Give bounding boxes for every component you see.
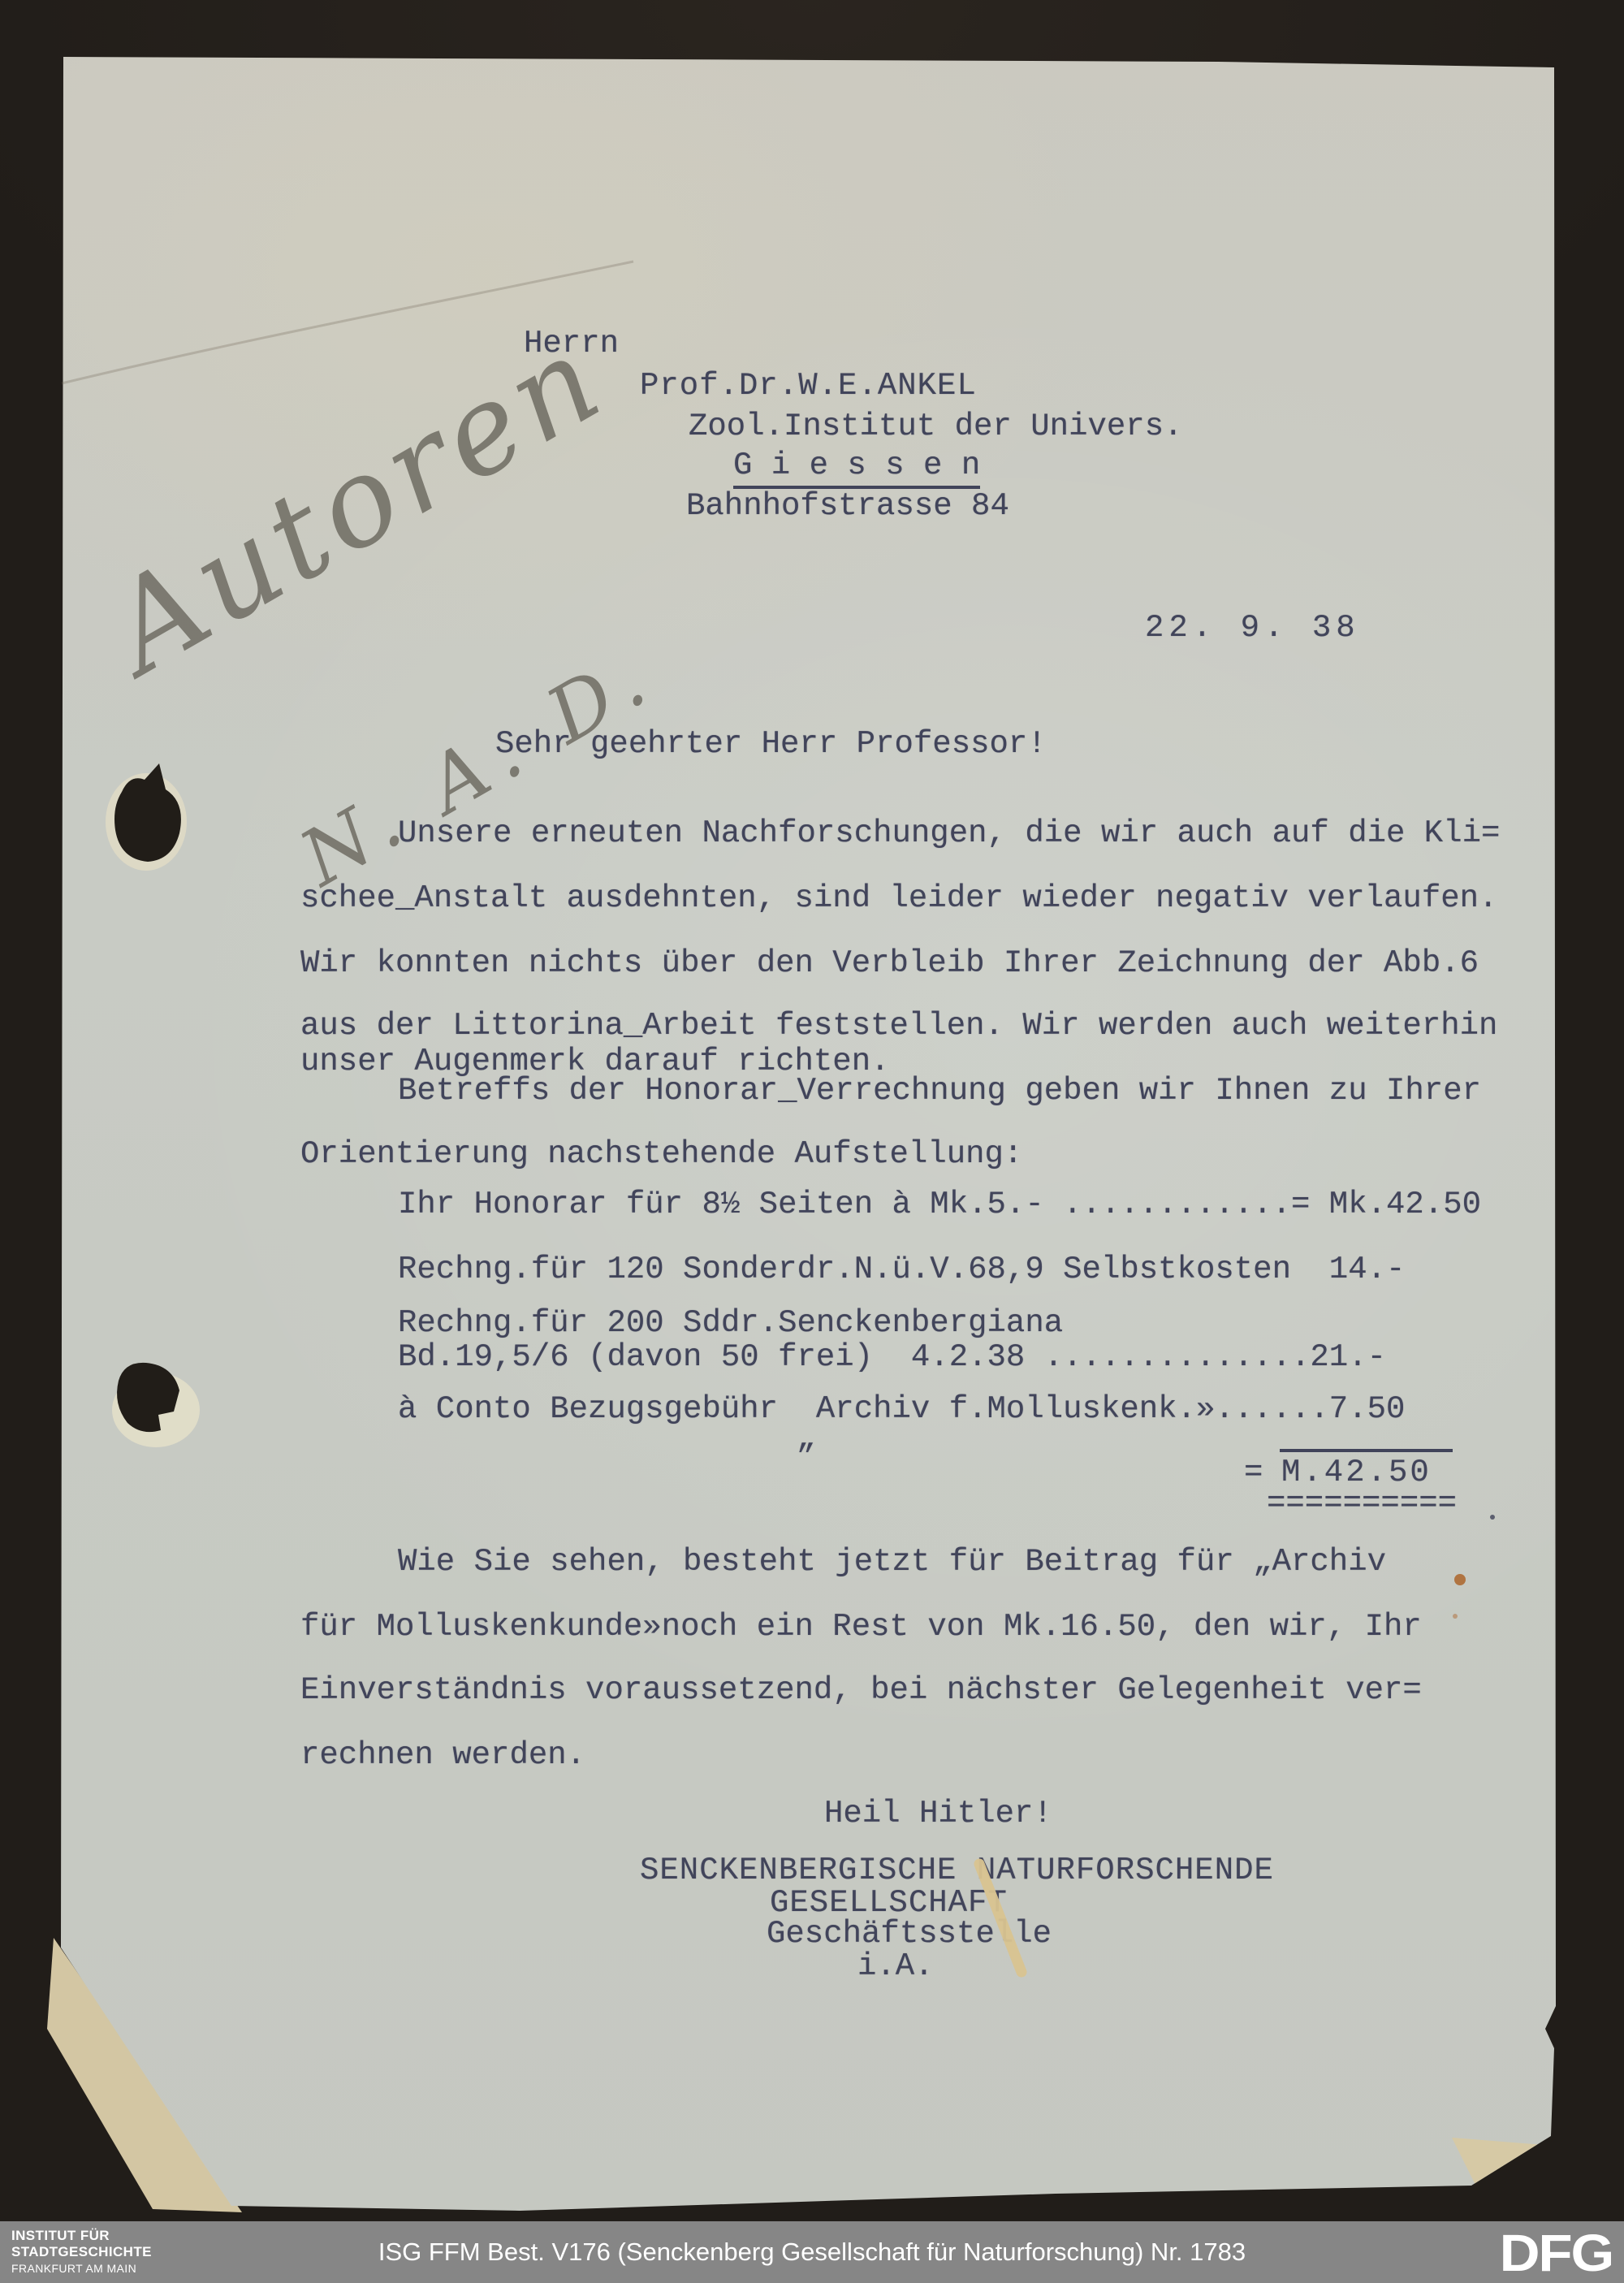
- recipient-street: Bahnhofstrasse 84: [686, 487, 1009, 525]
- body-line: aus der Littorina_Arbeit feststellen. Wi…: [300, 1007, 1497, 1044]
- recipient-city: G i e s s e n: [733, 447, 980, 489]
- body-line: Orientierung nachstehende Aufstellung:: [300, 1135, 1022, 1173]
- recipient-line-2: Prof.Dr.W.E.ANKEL: [640, 367, 977, 404]
- table-row: à Conto Bezugsgebühr Archiv f.Molluskenk…: [398, 1390, 1405, 1428]
- body-line: für Molluskenkunde»noch ein Rest von Mk.…: [300, 1608, 1422, 1645]
- letter-paper: Herrn Prof.Dr.W.E.ANKEL Zool.Institut de…: [0, 0, 1624, 2283]
- handwritten-annotation-initials: N. A. D.: [287, 631, 670, 904]
- body-line: Betreffs der Honorar_Verrechnung geben w…: [398, 1072, 1481, 1109]
- body-line: Wie Sie sehen, besteht jetzt für Beitrag…: [398, 1543, 1386, 1580]
- low-quote-mark: „: [797, 1420, 815, 1457]
- body-line: Einverständnis voraussetzend, bei nächst…: [300, 1671, 1422, 1709]
- signature-ia: i.A.: [857, 1948, 934, 1985]
- photo-backdrop: Herrn Prof.Dr.W.E.ANKEL Zool.Institut de…: [0, 0, 1624, 2283]
- body-line: rechnen werden.: [300, 1736, 585, 1774]
- sum-equals: =: [1244, 1454, 1263, 1491]
- letter-date: 22. 9. 38: [1145, 609, 1360, 646]
- body-line: Wir konnten nichts über den Verbleib Ihr…: [300, 945, 1479, 982]
- body-line: schee_Anstalt ausdehnten, sind leider wi…: [300, 880, 1497, 917]
- recipient-line-3: Zool.Institut der Univers.: [689, 408, 1183, 445]
- closing-formula: Heil Hitler!: [824, 1795, 1052, 1832]
- sum-double-rule: ==========: [1267, 1485, 1457, 1522]
- table-row: Ihr Honorar für 8½ Seiten à Mk.5.- .....…: [398, 1186, 1481, 1223]
- handwritten-annotation-word: Autoren: [87, 306, 628, 700]
- footer-bar: INSTITUT FÜR STADTGESCHICHTE FRANKFURT A…: [0, 2221, 1624, 2283]
- archive-reference: ISG FFM Best. V176 (Senckenberg Gesellsc…: [0, 2238, 1624, 2267]
- dfg-logo: DFG: [1500, 2223, 1613, 2283]
- salutation: Sehr geehrter Herr Professor!: [495, 725, 1047, 763]
- table-row: Rechng.für 120 Sonderdr.N.ü.V.68,9 Selbs…: [398, 1251, 1405, 1288]
- table-row: Rechng.für 200 Sddr.Senckenbergiana: [398, 1304, 1063, 1342]
- body-line: Unsere erneuten Nachforschungen, die wir…: [398, 815, 1500, 852]
- table-row: Bd.19,5/6 (davon 50 frei) 4.2.38 .......…: [398, 1338, 1386, 1376]
